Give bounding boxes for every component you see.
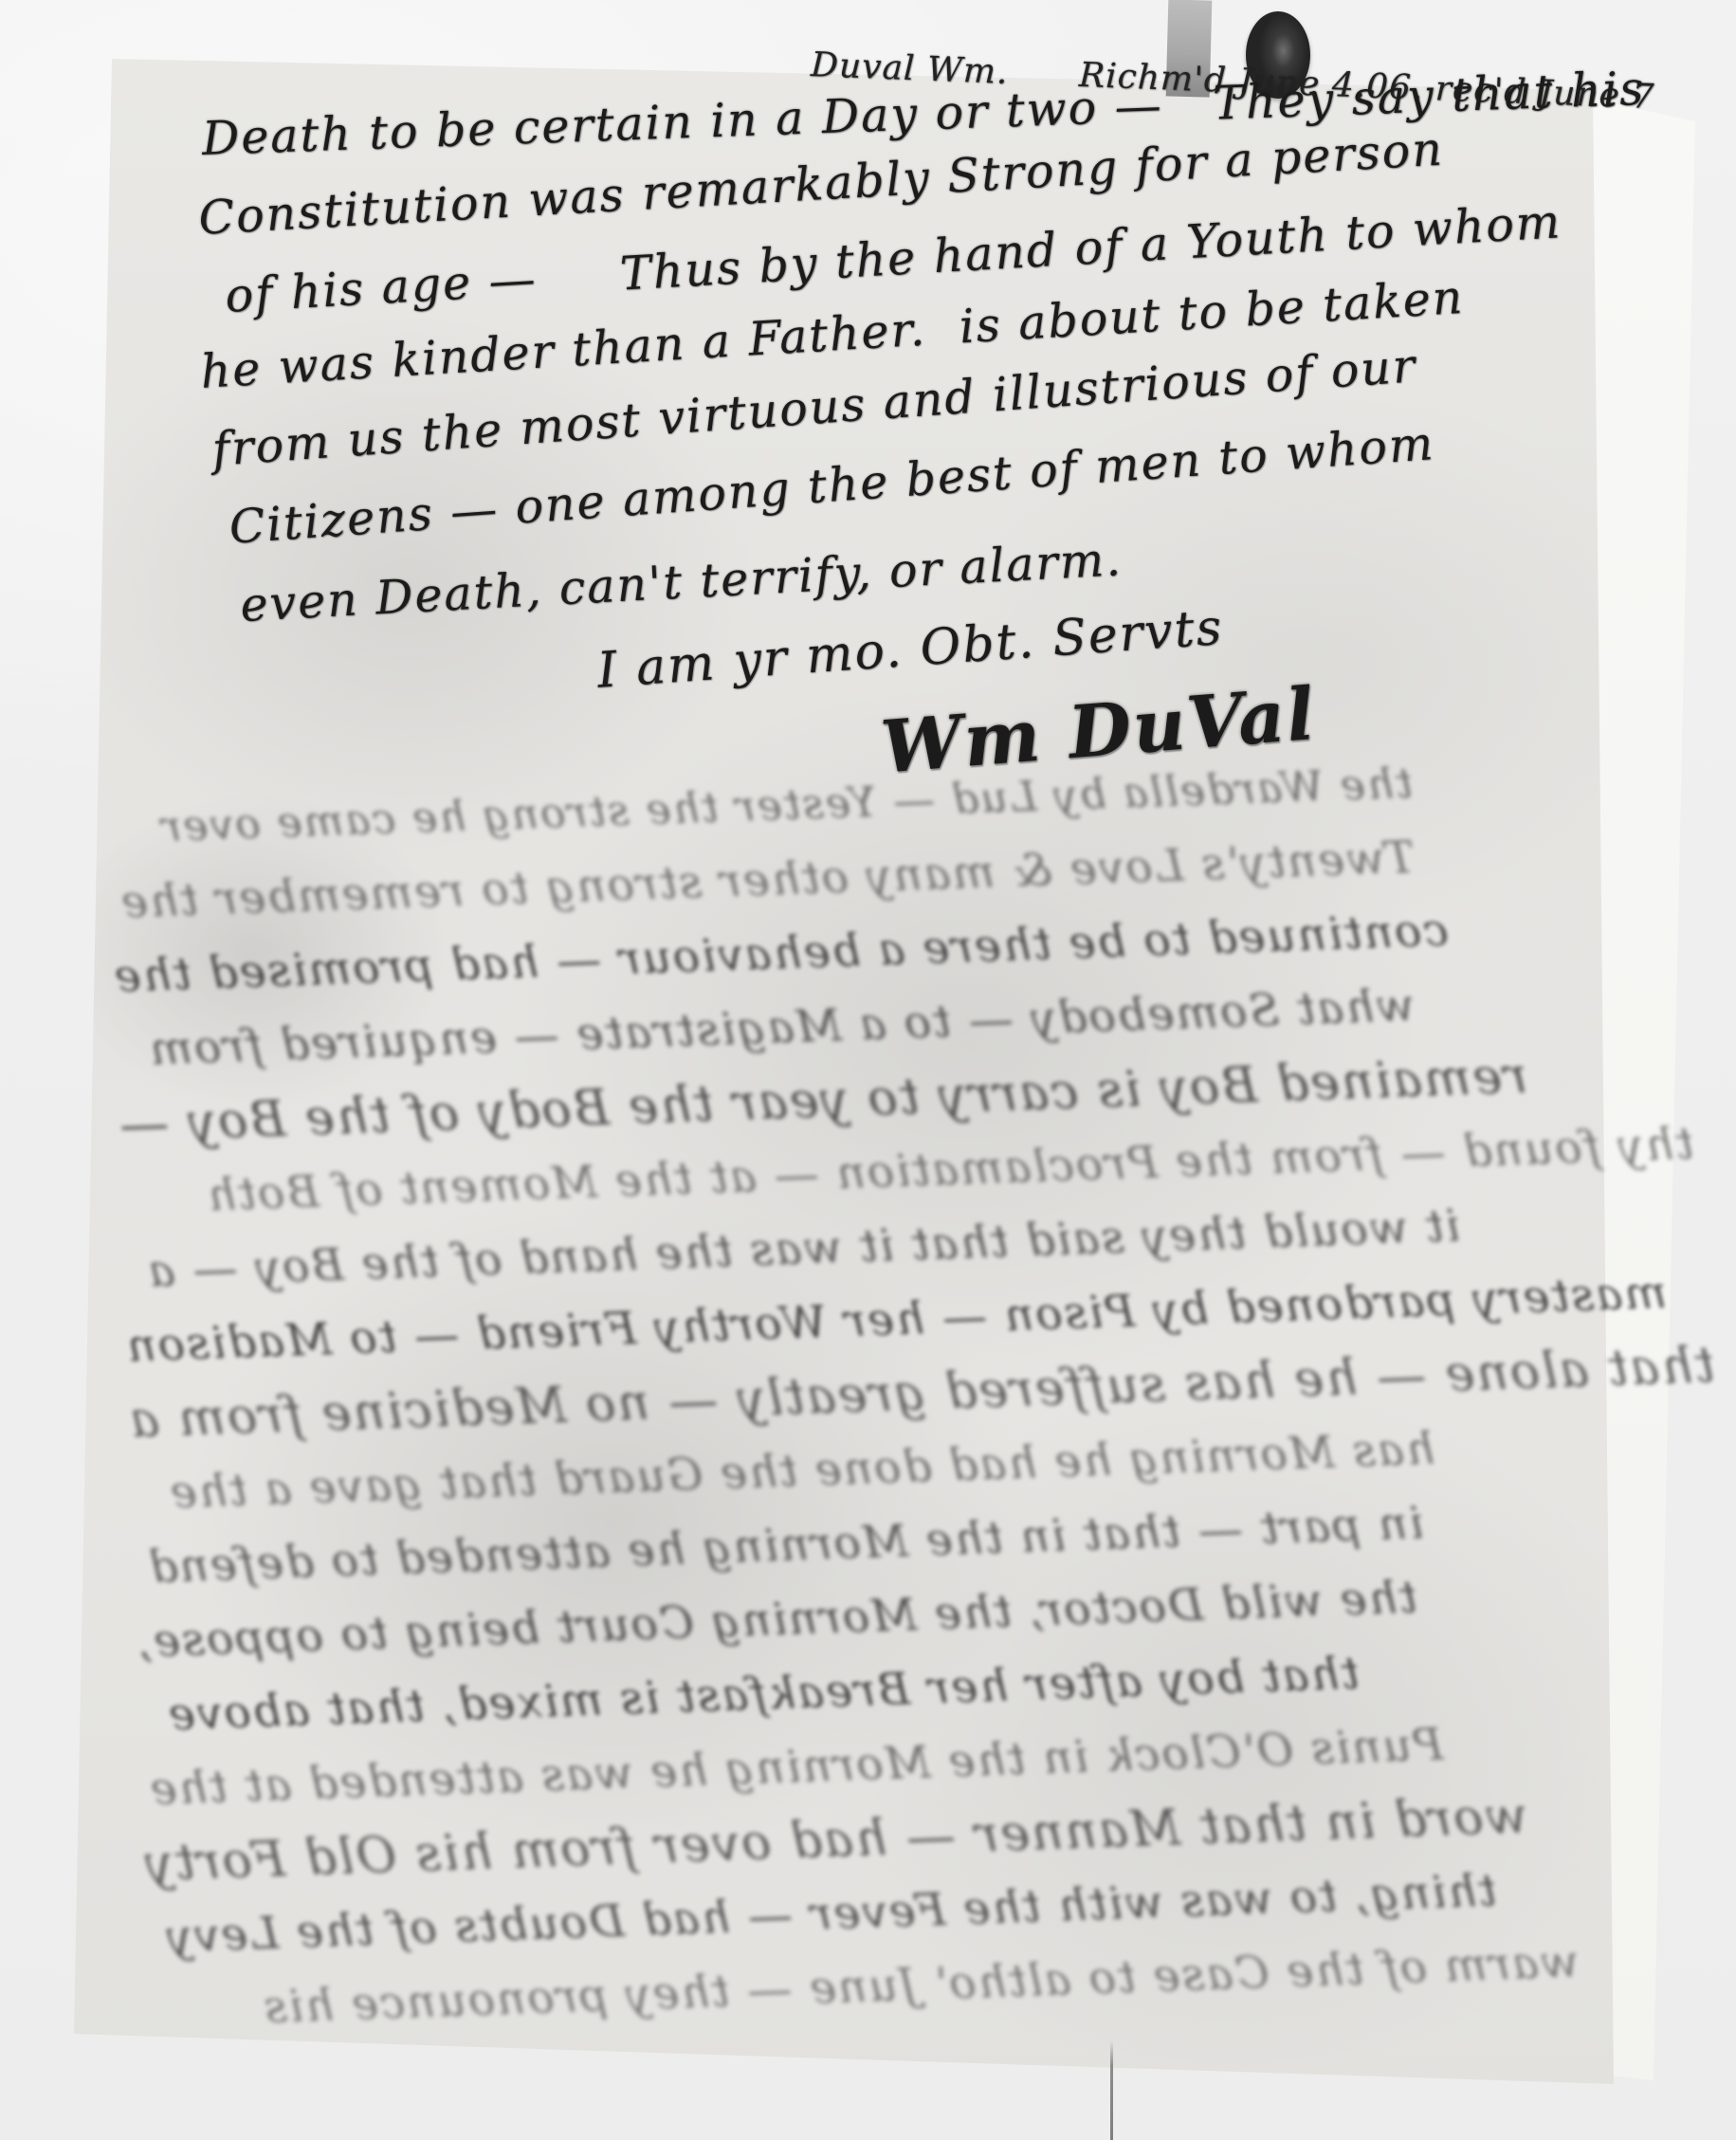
scan-artifact-line	[1110, 2040, 1113, 2140]
bleed-through-text: the Wardella by Lud — Yester the strong …	[106, 745, 1512, 2049]
scan-background: Duval Wm. Richm'd June 4.06. rec'd June …	[0, 0, 1736, 2140]
